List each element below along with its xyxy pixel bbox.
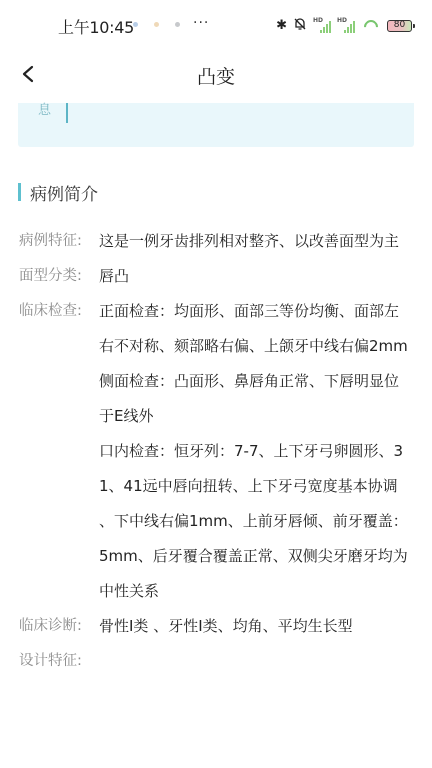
field-label: 设计特征: [0, 644, 99, 679]
notification-dot-icon [175, 22, 180, 27]
navigation-bar: 凸变 [0, 50, 432, 98]
bell-off-icon [293, 17, 307, 35]
more-notifications-icon: ··· [193, 15, 209, 31]
bluetooth-icon: ✱ [276, 19, 287, 33]
field-value-line: 这是一例牙齿排列相对整齐、以改善面型为主 [99, 224, 409, 259]
field-label: 面型分类: [0, 259, 99, 294]
section-accent-bar [18, 183, 21, 201]
section-title: 病例简介 [30, 180, 98, 205]
case-details: 病例特征: 这是一例牙齿排列相对整齐、以改善面型为主 面型分类: 唇凸 临床检查… [0, 224, 432, 679]
signal-hd-icon: HD [337, 19, 355, 33]
field-label: 临床诊断: [0, 609, 99, 644]
status-icons: ✱ HD HD 80 [276, 17, 412, 35]
field-value: 唇凸 [99, 259, 409, 294]
field-value: 骨性I类 、牙性I类、均角、平均生长型 [99, 609, 409, 644]
field-value-line: 唇凸 [99, 259, 409, 294]
frontal-exam: 正面检查：均面形、面部三等份均衡、面部左右不对称、颏部略右偏、上颌牙中线右偏2m… [99, 294, 409, 364]
info-input-box[interactable]: 息 [18, 103, 414, 147]
section-header: 病例简介 [18, 181, 98, 203]
battery-icon: 80 [387, 20, 412, 32]
text-cursor [66, 103, 68, 123]
intraoral-exam-cont: 、下中线右偏1mm、上前牙唇倾、前牙覆盖：5mm、后牙覆合覆盖正常、双侧尖牙磨牙… [99, 504, 409, 609]
intraoral-exam: 口内检查：恒牙列：7-7、上下牙弓卵圆形、31、41远中唇向扭转、上下牙弓宽度基… [99, 434, 409, 504]
field-label: 病例特征: [0, 224, 99, 259]
field-face-type: 面型分类: 唇凸 [0, 259, 432, 294]
field-value-line: 骨性I类 、牙性I类、均角、平均生长型 [99, 609, 409, 644]
status-time: 上午10:45 [58, 15, 134, 38]
wifi-icon [361, 19, 381, 33]
lateral-exam: 侧面检查：凸面形、鼻唇角正常、下唇明显位于E线外 [99, 364, 409, 434]
info-box-label: 息 [38, 99, 51, 118]
page-title: 凸变 [0, 62, 432, 89]
field-clinical-exam: 临床检查: 正面检查：均面形、面部三等份均衡、面部左右不对称、颏部略右偏、上颌牙… [0, 294, 432, 609]
notification-dot-icon [133, 22, 138, 27]
field-clinical-diagnosis: 临床诊断: 骨性I类 、牙性I类、均角、平均生长型 [0, 609, 432, 644]
field-design-features: 设计特征: [0, 644, 432, 679]
field-value: 这是一例牙齿排列相对整齐、以改善面型为主 [99, 224, 409, 259]
notification-icons [133, 22, 196, 27]
field-case-features: 病例特征: 这是一例牙齿排列相对整齐、以改善面型为主 [0, 224, 432, 259]
signal-hd-icon: HD [313, 19, 331, 33]
notification-dot-icon [154, 22, 159, 27]
field-label: 临床检查: [0, 294, 99, 609]
field-value: 正面检查：均面形、面部三等份均衡、面部左右不对称、颏部略右偏、上颌牙中线右偏2m… [99, 294, 409, 609]
status-bar: 上午10:45 ··· ✱ HD HD 80 [0, 0, 432, 50]
field-value [99, 644, 409, 679]
